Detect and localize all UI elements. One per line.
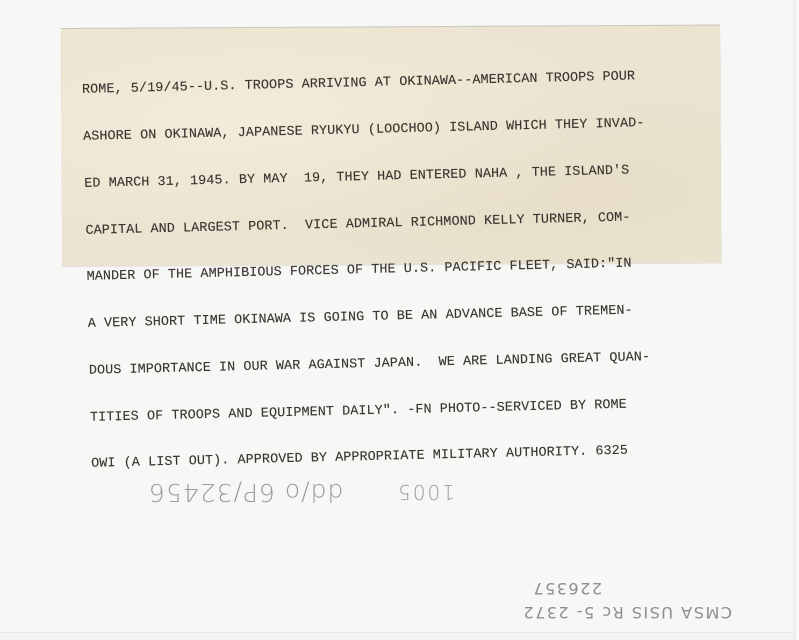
caption-line: ASHORE ON OKINAWA, JAPANESE RYUKYU (LOOC…: [83, 114, 723, 145]
caption-clipping: ROME, 5/19/45--U.S. TROOPS ARRIVING AT O…: [61, 26, 721, 266]
handwritten-note-line-1: CMSA USIS Rc 5- 2372: [478, 600, 740, 624]
caption-text: ROME, 5/19/45--U.S. TROOPS ARRIVING AT O…: [81, 36, 732, 504]
caption-line: OWI (A LIST OUT). APPROVED BY APPROPRIAT…: [91, 442, 731, 473]
caption-line: MANDER OF THE AMPHIBIOUS FORCES OF THE U…: [86, 255, 726, 286]
paper-edge: [793, 0, 799, 640]
caption-line: ROME, 5/19/45--U.S. TROOPS ARRIVING AT O…: [82, 67, 722, 98]
caption-line: TITIES OF TROOPS AND EQUIPMENT DAILY". -…: [90, 395, 730, 426]
caption-line: DOUS IMPORTANCE IN OUR WAR AGAINST JAPAN…: [89, 348, 729, 379]
caption-line: A VERY SHORT TIME OKINAWA IS GOING TO BE…: [88, 301, 728, 332]
caption-line: ED MARCH 31, 1945. BY MAY 19, THEY HAD E…: [84, 161, 724, 192]
handwritten-archive-notes: CMSA USIS Rc 5- 2372 226357: [478, 576, 740, 624]
handwritten-catalog-ref: dd/o 6P/32456: [148, 478, 343, 507]
caption-line: CAPITAL AND LARGEST PORT. VICE ADMIRAL R…: [85, 208, 725, 239]
handwritten-number: 1005: [396, 480, 455, 504]
handwritten-note-line-2: 226357: [478, 576, 740, 600]
